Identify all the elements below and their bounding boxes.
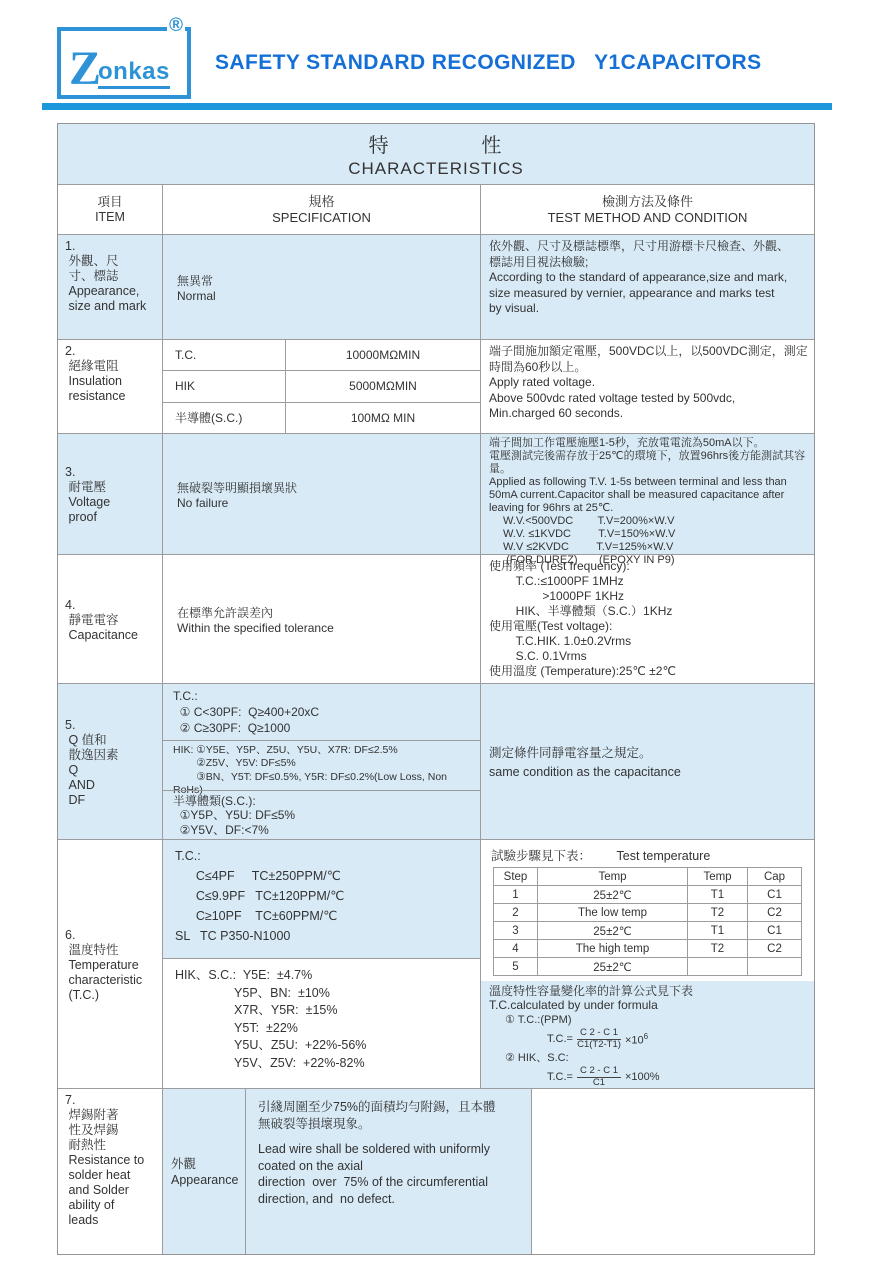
column-header-spec-zh: 規格 <box>163 194 480 210</box>
column-header-test: 檢測方法及條件 TEST METHOD AND CONDITION <box>481 185 814 234</box>
fraction: C 2 - C 1 C1 <box>577 1066 621 1088</box>
temp-table-row: 1 25±2℃ T1 C1 <box>494 886 802 904</box>
page-title: SAFETY STANDARD RECOGNIZED Y1CAPACITORS <box>215 51 762 75</box>
temp-table-header-row: Step Temp Temp Cap <box>494 868 802 886</box>
temp-table-row: 4 The high temp T2 C2 <box>494 940 802 958</box>
column-header-item-zh: 項目 <box>58 195 162 210</box>
spec-hik-block: HIK、S.C.: Y5E: ±4.7% Y5P、BN: ±10% X7R、Y5… <box>163 959 480 1088</box>
test-method-cell: 依外觀、尺寸及標誌標準，尺寸用游標卡尺檢查、外觀、 標誌用目視法檢驗; Acco… <box>481 235 814 339</box>
characteristics-table: 特 性 CHARACTERISTICS 項目 ITEM 規格 SPECIFICA… <box>57 123 815 1255</box>
spec-cell: T.C.: ① C<30PF: Q≥400+20xC ② C≥30PF: Q≥1… <box>163 684 481 839</box>
test-temperature-section: 試驗步驟見下表： Test temperature Step Temp Temp… <box>481 840 814 981</box>
tc-formula-section: 溫度特性容量變化率的計算公式見下表 T.C.calculated by unde… <box>481 981 814 1088</box>
column-header-row: 項目 ITEM 規格 SPECIFICATION 檢測方法及條件 TEST ME… <box>58 184 814 234</box>
item-cell: 6. 溫度特性 Temperature characteristic (T.C.… <box>58 840 163 1088</box>
row-solderability: 7. 焊錫附著 性及焊錫 耐熱性 Resistance to solder he… <box>58 1088 814 1254</box>
tc-formula-ppm: T.C.= C 2 - C 1 C1(T2-T1) ×106 <box>547 1028 812 1050</box>
item-cell: 4. 靜電電容 Capacitance <box>58 555 163 683</box>
spec-tc-block: T.C.: ① C<30PF: Q≥400+20xC ② C≥30PF: Q≥1… <box>163 684 480 740</box>
row-capacitance: 4. 靜電電容 Capacitance 在標準允許誤差內 Within the … <box>58 554 814 683</box>
temp-table-row: 2 The low temp T2 C2 <box>494 904 802 922</box>
item-cell: 2. 絕緣電阻 Insulation resistance <box>58 340 163 433</box>
column-header-test-en: TEST METHOD AND CONDITION <box>481 210 814 226</box>
fraction: C 2 - C 1 C1(T2-T1) <box>577 1028 621 1050</box>
test-method-cell: 端子間施加額定電壓，500VDC以上，以500VDC測定，測定 時間為60秒以上… <box>481 340 814 433</box>
spec-hik-block: HIK: ①Y5E、Y5P、Z5U、Y5U、X7R: DF≤2.5% ②Z5V、… <box>163 740 480 790</box>
zonkas-logo: Z onkas ® <box>57 27 191 99</box>
row-insulation-resistance: 2. 絕緣電阻 Insulation resistance T.C. 10000… <box>58 339 814 433</box>
registered-trademark-icon: ® <box>167 15 185 37</box>
item-cell: 3. 耐電壓 Voltage proof <box>58 434 163 554</box>
spec-cell: 在標準允許誤差內 Within the specified tolerance <box>163 555 481 683</box>
spec-cell: T.C. 10000MΩMIN HIK 5000MΩMIN 半導體(S.C.) … <box>163 340 481 433</box>
table-title-zh: 特 性 <box>58 129 814 158</box>
empty-test-cell <box>532 1089 814 1254</box>
spec-cell: T.C.: C≤4PF TC±250PPM/℃ C≤9.9PF TC±120PP… <box>163 840 481 1088</box>
spec-subrow: T.C. 10000MΩMIN <box>163 340 480 370</box>
test-method-cell: 試驗步驟見下表： Test temperature Step Temp Temp… <box>481 840 814 1088</box>
column-header-item: 項目 ITEM <box>58 185 163 234</box>
logo-wordmark: onkas <box>98 58 170 89</box>
row-appearance-size-mark: 1. 外觀、尺 寸、標誌 Appearance, size and mark 無… <box>58 234 814 339</box>
item-cell: 7. 焊錫附著 性及焊錫 耐熱性 Resistance to solder he… <box>58 1089 163 1254</box>
appearance-label-cell: 外觀 Appearance <box>163 1089 246 1254</box>
logo-z-glyph: Z <box>69 47 101 91</box>
spec-tc-block: T.C.: C≤4PF TC±250PPM/℃ C≤9.9PF TC±120PP… <box>163 840 480 959</box>
solder-spec-cell: 引綫周圍至少75%的面積均勻附錫，且本體 無破裂等損壞現象。 Lead wire… <box>246 1089 532 1254</box>
column-header-item-en: ITEM <box>58 210 162 225</box>
test-method-cell: 測定條件同靜電容量之規定。 same condition as the capa… <box>481 684 814 839</box>
column-header-spec-en: SPECIFICATION <box>163 210 480 226</box>
row-voltage-proof: 3. 耐電壓 Voltage proof 無破裂等明顯損壞異狀 No failu… <box>58 433 814 554</box>
table-title: 特 性 CHARACTERISTICS <box>58 124 814 184</box>
spec-cell: 無異常 Normal <box>163 235 481 339</box>
spec-cell: 無破裂等明顯損壞異狀 No failure <box>163 434 481 554</box>
temp-table-row: 5 25±2℃ <box>494 958 802 976</box>
spec-subrow: HIK 5000MΩMIN <box>163 370 480 401</box>
test-steps-heading-en: Test temperature <box>617 849 711 863</box>
formula2-label: ② HIK、S.C: <box>505 1052 812 1065</box>
datasheet-page: Z onkas ® SAFETY STANDARD RECOGNIZED Y1C… <box>0 0 869 1279</box>
column-header-spec: 規格 SPECIFICATION <box>163 185 481 234</box>
row-temperature-characteristic: 6. 溫度特性 Temperature characteristic (T.C.… <box>58 839 814 1088</box>
test-method-cell: 端子間加工作電壓施壓1-5秒，充放電電流為50mA以下。 電壓測試完後需存放于2… <box>481 434 814 554</box>
temp-table-row: 3 25±2℃ T1 C1 <box>494 922 802 940</box>
spec-sc-block: 半導體類(S.C.): ①Y5P、Y5U: DF≤5% ②Y5V、DF:<7% <box>163 790 480 840</box>
page-header: Z onkas ® SAFETY STANDARD RECOGNIZED Y1C… <box>57 27 762 99</box>
formula-title: 溫度特性容量變化率的計算公式見下表 T.C.calculated by unde… <box>489 984 812 1012</box>
test-steps-heading-zh: 試驗步驟見下表： <box>491 849 591 863</box>
test-method-cell: 使用頻率 (Test frequency): T.C.:≤1000PF 1MHz… <box>481 555 814 683</box>
divider-bar <box>42 103 832 110</box>
spec-subrow: 半導體(S.C.) 100MΩ MIN <box>163 402 480 433</box>
table-title-en: CHARACTERISTICS <box>58 159 814 179</box>
formula1-label: ① T.C.:(PPM) <box>505 1014 812 1027</box>
item-cell: 1. 外觀、尺 寸、標誌 Appearance, size and mark <box>58 235 163 339</box>
test-temperature-table: Step Temp Temp Cap 1 25±2℃ T1 C1 <box>493 867 802 976</box>
item-cell: 5. Q 值和 散逸因素 Q AND DF <box>58 684 163 839</box>
row-q-and-df: 5. Q 值和 散逸因素 Q AND DF T.C.: ① C<30PF: Q≥… <box>58 683 814 839</box>
column-header-test-zh: 檢測方法及條件 <box>481 194 814 210</box>
tc-formula-hik: T.C.= C 2 - C 1 C1 ×100% <box>547 1066 812 1088</box>
